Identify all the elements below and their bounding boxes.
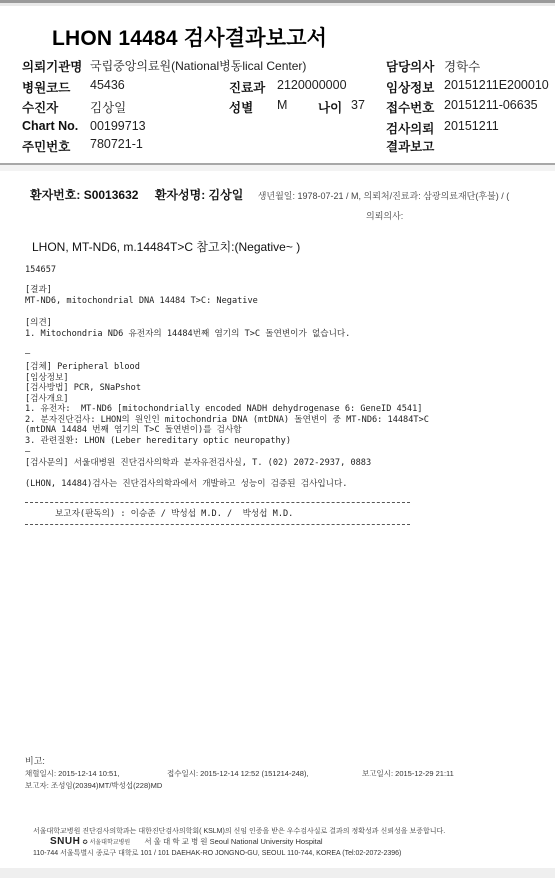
snuh-emblem-icon: ✪ xyxy=(82,840,87,846)
opinion-heading: [의견] xyxy=(25,318,52,329)
reporter-bottom-rule xyxy=(25,524,410,525)
test-name: LHON, MT-ND6, m.14484T>C 참고치:(Negative~ … xyxy=(32,238,300,255)
clinical-info-label: 임상정보 xyxy=(386,78,434,96)
overview-item-2-cont: (mtDNA 14484 번째 염기의 T>C 돌연변이)를 검사함 xyxy=(25,425,242,436)
inquiry: [검사문의] 서울대병원 진단검사의학과 분자유전검사실, T. (02) 20… xyxy=(25,458,371,469)
hospital-address: 110-744 서울특별시 종로구 대학로 101 / 101 DAEHAK-R… xyxy=(33,848,401,858)
doctor-label: 담당의사 xyxy=(386,57,434,75)
separator-1: — xyxy=(25,349,30,360)
receipt-time: 접수일시: 2015-12-14 12:52 (151214-248), xyxy=(167,768,309,779)
resident-number-label: 주민번호 xyxy=(22,137,70,155)
test-method: [검사방법] PCR, SNaPshot xyxy=(25,383,141,394)
result-heading: [결과] xyxy=(25,285,52,296)
overview-item-2: 2. 분자진단검사: LHON의 원인인 mitochondria DNA (m… xyxy=(25,415,429,426)
reporter: 보고자(판독의) : 이승준 / 박성섭 M.D. / 박성섭 M.D. xyxy=(55,509,293,520)
separator-2: — xyxy=(25,447,30,458)
bottom-border xyxy=(0,868,555,878)
overview-item-3: 3. 관련질환: LHON (Leber hereditary optic ne… xyxy=(25,436,291,447)
certification-note: 서울대학교병원 진단검사의학과는 대한진단검사의학회( KSLM)의 신임 인증… xyxy=(33,826,445,836)
patient-id: 환자번호: S0013632 xyxy=(30,188,138,202)
reporter-top-rule xyxy=(25,502,410,503)
clinical-info-value: 20151211E200010 xyxy=(444,78,549,92)
test-request-label: 검사의뢰 xyxy=(386,119,434,137)
test-request-value: 20151211 xyxy=(444,119,499,133)
overview-item-1: 1. 유전자: MT-ND6 [mitochondrially encoded … xyxy=(25,404,422,415)
snuh-logo-korean: 서울대학교병원 xyxy=(90,840,131,846)
doctor-value: 경학수 xyxy=(444,57,480,75)
age-label: 나이 xyxy=(318,98,342,116)
remarks-label: 비고: xyxy=(25,754,45,767)
sex-label: 성별 xyxy=(229,98,253,116)
institution-value: 국립중앙의료원(National병동lical Center) xyxy=(90,57,306,74)
collection-time: 채혈일시: 2015-12-14 10:51, xyxy=(25,768,119,779)
patient-details: 생년월일: 1978-07-21 / M, 의뢰처/진료과: 삼광의료재단(후불… xyxy=(258,191,510,201)
test-overview: [검사개요] xyxy=(25,394,69,405)
report-time: 보고일시: 2015-12-29 21:11 xyxy=(362,768,454,779)
examinee-value: 김상일 xyxy=(90,98,126,116)
hospital-logo-line: SNUH ✪ 서울대학교병원 서 울 대 학 교 병 원 Seoul Natio… xyxy=(50,836,323,847)
chart-no-label: Chart No. xyxy=(22,119,78,133)
clinical-info: [임상정보] xyxy=(25,373,69,384)
department-value: 2120000000 xyxy=(277,78,347,92)
age-value: 37 xyxy=(351,98,365,112)
snuh-logo: SNUH xyxy=(50,836,80,847)
section-divider-shade xyxy=(0,165,555,171)
result-text: MT-ND6, mitochondrial DNA 14484 T>C: Neg… xyxy=(25,296,258,307)
hospital-name: 서 울 대 학 교 병 원 Seoul National University … xyxy=(144,837,322,846)
top-border-shade xyxy=(0,3,555,6)
resident-number-value: 780721-1 xyxy=(90,137,143,151)
requesting-doctor: 의뢰의사: xyxy=(366,209,403,222)
report-title: LHON 14484 검사결과보고서 xyxy=(52,22,327,52)
receipt-number-label: 접수번호 xyxy=(386,98,434,116)
institution-label: 의뢰기관명 xyxy=(22,57,82,75)
opinion-text: 1. Mitochondria ND6 유전자의 14484번째 염기의 T>C… xyxy=(25,329,350,340)
specimen: [검체] Peripheral blood xyxy=(25,362,140,373)
hospital-code-label: 병원코드 xyxy=(22,78,70,96)
chart-no-value: 00199713 xyxy=(90,119,146,133)
result-report-label: 결과보고 xyxy=(386,137,434,155)
sex-value: M xyxy=(277,98,287,112)
department-label: 진료과 xyxy=(229,78,265,96)
validation-note: (LHON, 14484)검사는 진단검사의학과에서 개발하고 성능이 검증된 … xyxy=(25,479,347,490)
examinee-label: 수진자 xyxy=(22,98,58,116)
test-code: 154657 xyxy=(25,265,56,276)
hospital-code-value: 45436 xyxy=(90,78,125,92)
patient-name: 환자성명: 김상일 xyxy=(155,188,243,202)
receipt-number-value: 20151211-06635 xyxy=(444,98,538,112)
patient-line: 환자번호: S0013632 환자성명: 김상일 생년월일: 1978-07-2… xyxy=(30,186,509,203)
footer-reporter: 보고자: 조성임(20394)MT/박성섭(228)MD xyxy=(25,780,162,791)
